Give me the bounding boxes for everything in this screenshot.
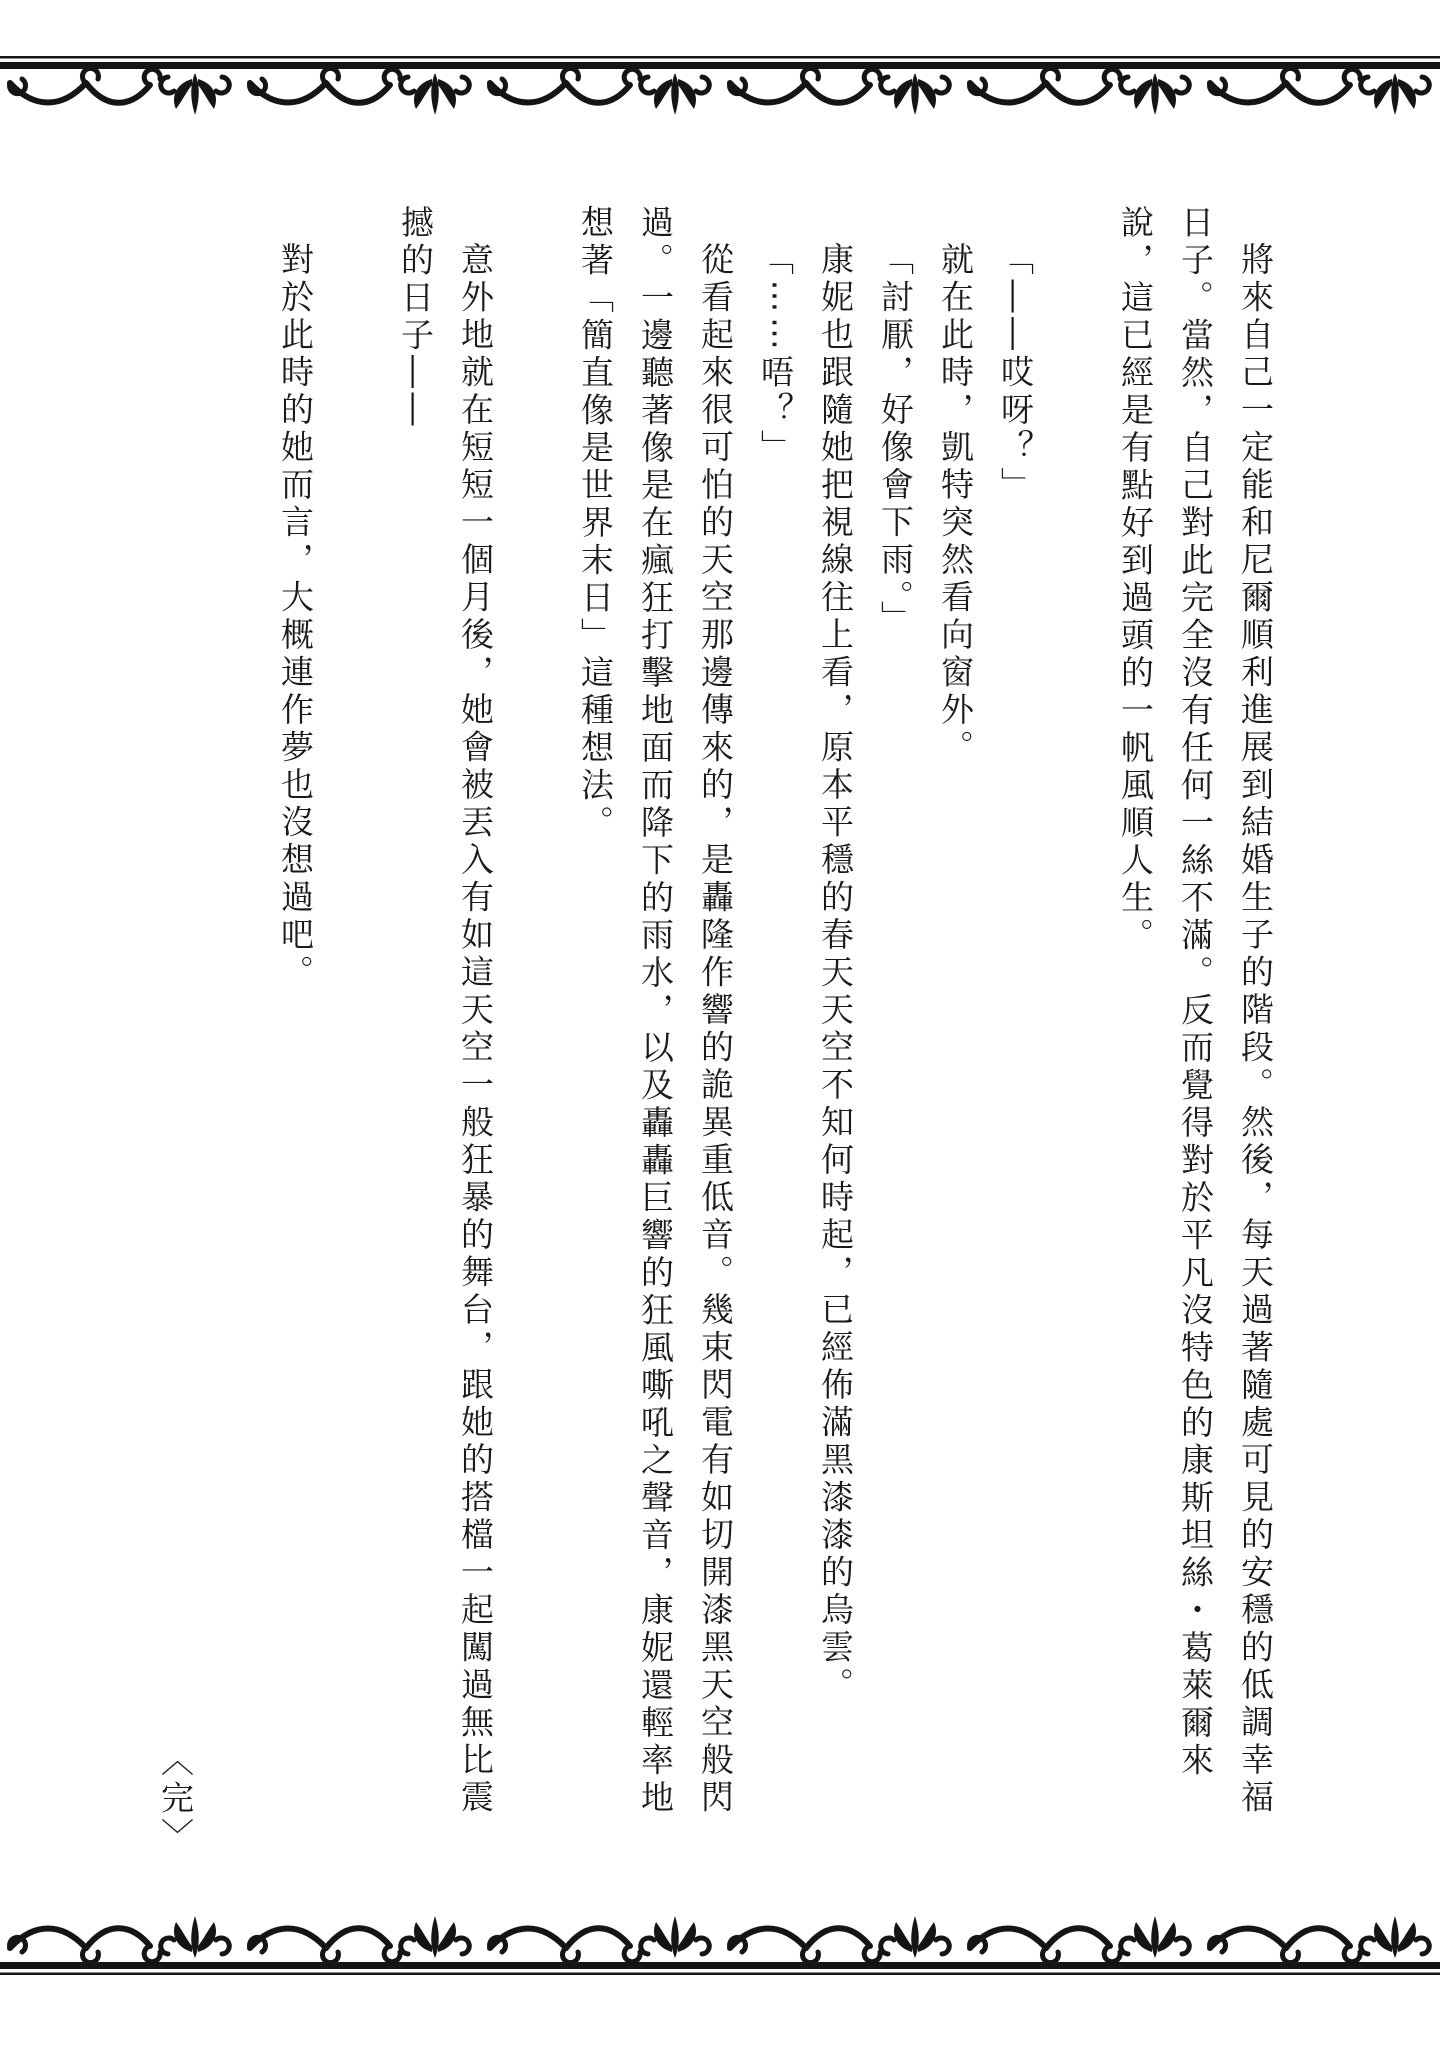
text-column: 從看起來很可怕的天空那邊傳來的，是轟隆作響的詭異重低音。幾束閃電有如切開漆黑天空… xyxy=(685,205,745,1855)
text-column: 意外地就在短短一個月後，她會被丟入有如這天空一般狂暴的舞台，跟她的搭檔一起闖過無… xyxy=(445,205,505,1855)
top-ornament-border xyxy=(0,56,1440,120)
text-column: 「⋯⋯唔？」 xyxy=(745,205,805,1855)
text-column: 說，這已經是有點好到過頭的一帆風順人生。 xyxy=(1105,205,1165,1855)
scroll-ornament-icon xyxy=(0,1911,1440,1975)
text-column: 就在此時，凱特突然看向窗外。 xyxy=(925,205,985,1855)
novel-text: 將來自己一定能和尼爾順利進展到結婚生子的階段。然後，每天過著隨處可見的安穩的低調… xyxy=(145,205,1285,1855)
paragraph-gap xyxy=(205,205,265,1855)
text-column: 對於此時的她而言，大概連作夢也沒想過吧。 xyxy=(265,205,325,1855)
text-column: 「討厭，好像會下雨。」 xyxy=(865,205,925,1855)
paragraph-gap xyxy=(505,205,565,1855)
text-column: 想著「簡直像是世界末日」這種想法。 xyxy=(565,205,625,1855)
text-column: 將來自己一定能和尼爾順利進展到結婚生子的階段。然後，每天過著隨處可見的安穩的低調… xyxy=(1225,205,1285,1855)
scroll-ornament-icon xyxy=(0,56,1440,120)
paragraph-gap xyxy=(325,205,385,1855)
text-column: 「——哎呀？」 xyxy=(985,205,1045,1855)
text-column: 康妮也跟隨她把視線往上看，原本平穩的春天天空不知何時起，已經佈滿黑漆漆的烏雲。 xyxy=(805,205,865,1855)
text-column: 過。一邊聽著像是在瘋狂打擊地面而降下的雨水，以及轟轟巨響的狂風嘶吼之聲音，康妮還… xyxy=(625,205,685,1855)
text-column: 撼的日子—— xyxy=(385,205,445,1855)
text-column: 日子。當然，自己對此完全沒有任何一絲不滿。反而覺得對於平凡沒特色的康斯坦絲・葛萊… xyxy=(1165,205,1225,1855)
bottom-ornament-border xyxy=(0,1911,1440,1975)
end-mark: 〈完〉 xyxy=(145,205,205,1855)
paragraph-gap xyxy=(1045,205,1105,1855)
